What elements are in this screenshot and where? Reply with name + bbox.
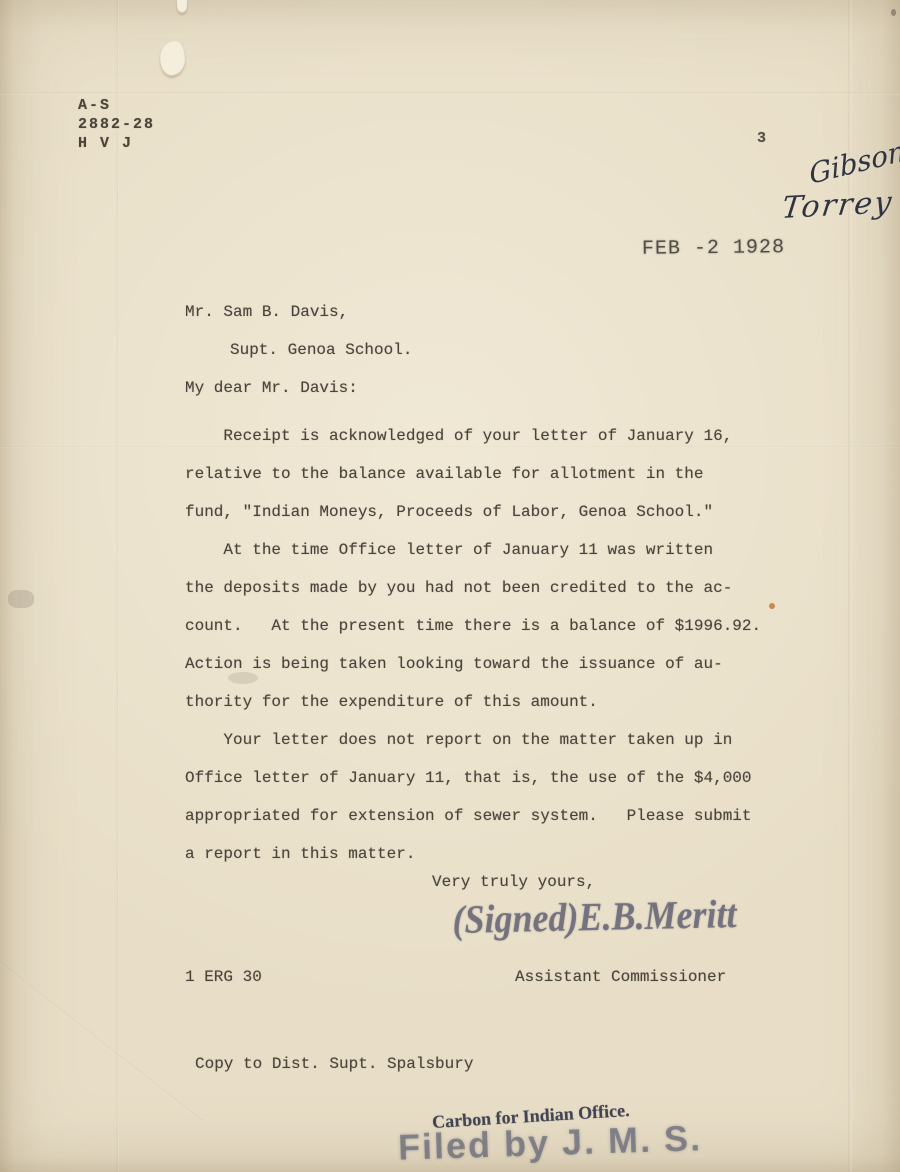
- page-number: 3: [757, 130, 766, 147]
- paper-speck: [891, 9, 896, 16]
- text-line: Office letter of January 11, that is, th…: [185, 759, 761, 797]
- text-line: thority for the expenditure of this amou…: [185, 683, 761, 721]
- salutation: My dear Mr. Davis:: [185, 379, 358, 397]
- letter-body: Receipt is acknowledged of your letter o…: [185, 417, 761, 873]
- text-line: Receipt is acknowledged of your letter o…: [185, 417, 761, 455]
- copy-notation: Copy to Dist. Supt. Spalsbury: [195, 1055, 473, 1073]
- text-line: 2882-28: [78, 115, 155, 134]
- paper-crease: [0, 92, 900, 95]
- text-line: the deposits made by you had not been cr…: [185, 569, 761, 607]
- text-line: Action is being taken looking toward the…: [185, 645, 761, 683]
- recipient-name: Mr. Sam B. Davis,: [185, 303, 348, 321]
- paper-crease: [0, 960, 203, 1122]
- paper-crease: [116, 0, 119, 1172]
- reference-notation: 1 ERG 30: [185, 968, 262, 986]
- handwritten-name-line1: Gibson: [808, 134, 900, 191]
- handwritten-name-line2: Torrey: [780, 185, 895, 226]
- file-reference-block: A-S2882-28H V J: [78, 96, 155, 153]
- signer-title: Assistant Commissioner: [515, 968, 726, 986]
- letter-page: A-S2882-28H V J 3 Gibson Torrey FEB -2 1…: [0, 0, 900, 1172]
- text-line: A-S: [78, 96, 155, 115]
- date-received-stamp: FEB -2 1928: [642, 236, 785, 260]
- text-line: appropriated for extension of sewer syst…: [185, 797, 761, 835]
- text-line: count. At the present time there is a ba…: [185, 607, 761, 645]
- paper-tear: [160, 41, 185, 76]
- text-line: relative to the balance available for al…: [185, 455, 761, 493]
- text-line: At the time Office letter of January 11 …: [185, 531, 761, 569]
- text-line: a report in this matter.: [185, 835, 761, 873]
- paper-tear: [177, 0, 187, 13]
- signature-stamp: (Signed)E.B.Meritt: [452, 890, 737, 943]
- ink-speck: [769, 603, 775, 609]
- text-line: H V J: [78, 134, 155, 153]
- text-line: fund, "Indian Moneys, Proceeds of Labor,…: [185, 493, 761, 531]
- complimentary-closing: Very truly yours,: [432, 873, 595, 891]
- recipient-title: Supt. Genoa School.: [230, 341, 412, 359]
- text-line: Your letter does not report on the matte…: [185, 721, 761, 759]
- paper-smudge: [8, 590, 34, 608]
- filed-by-stamp: Filed by J. M. S.: [397, 1117, 702, 1169]
